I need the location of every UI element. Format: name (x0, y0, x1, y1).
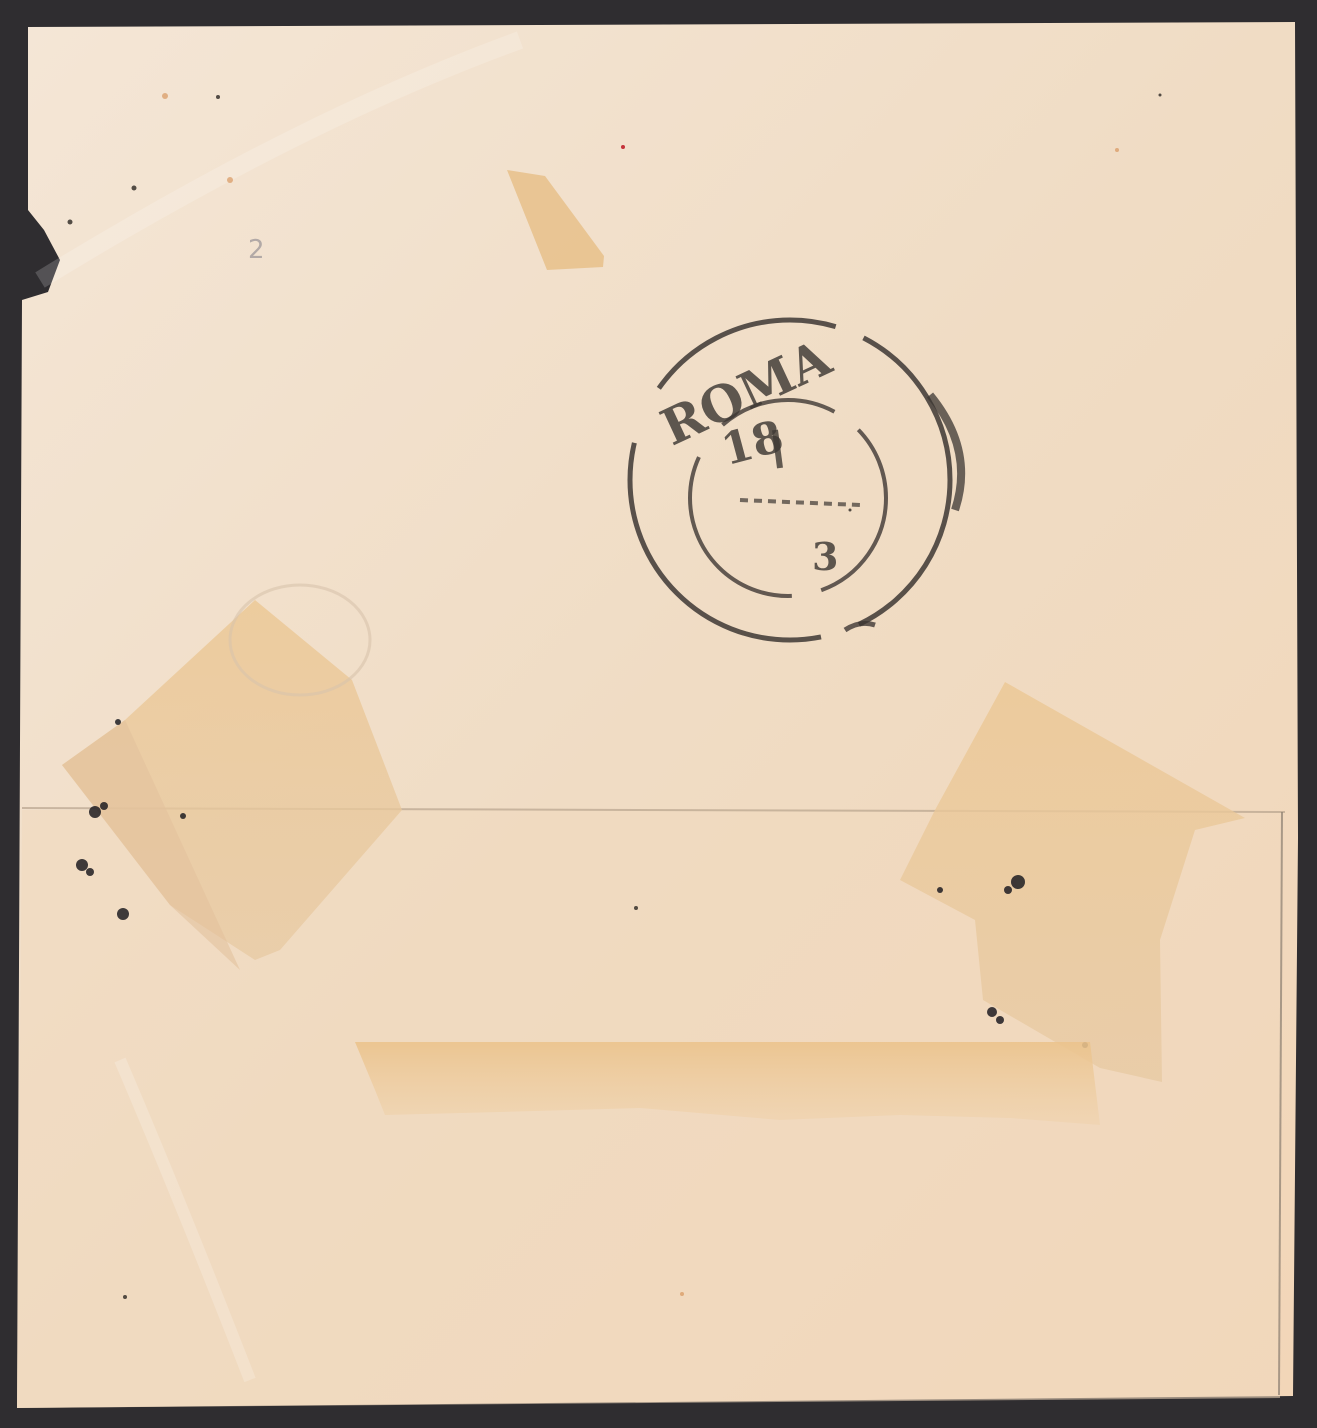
letter-sheet: ROMA 18 3 2 (0, 0, 1317, 1428)
postmark-year: 3 (812, 534, 838, 579)
tape-bottom (355, 1042, 1100, 1125)
pencil-note: 2 (248, 235, 265, 265)
letter-photo: ROMA 18 3 2 (0, 0, 1317, 1428)
